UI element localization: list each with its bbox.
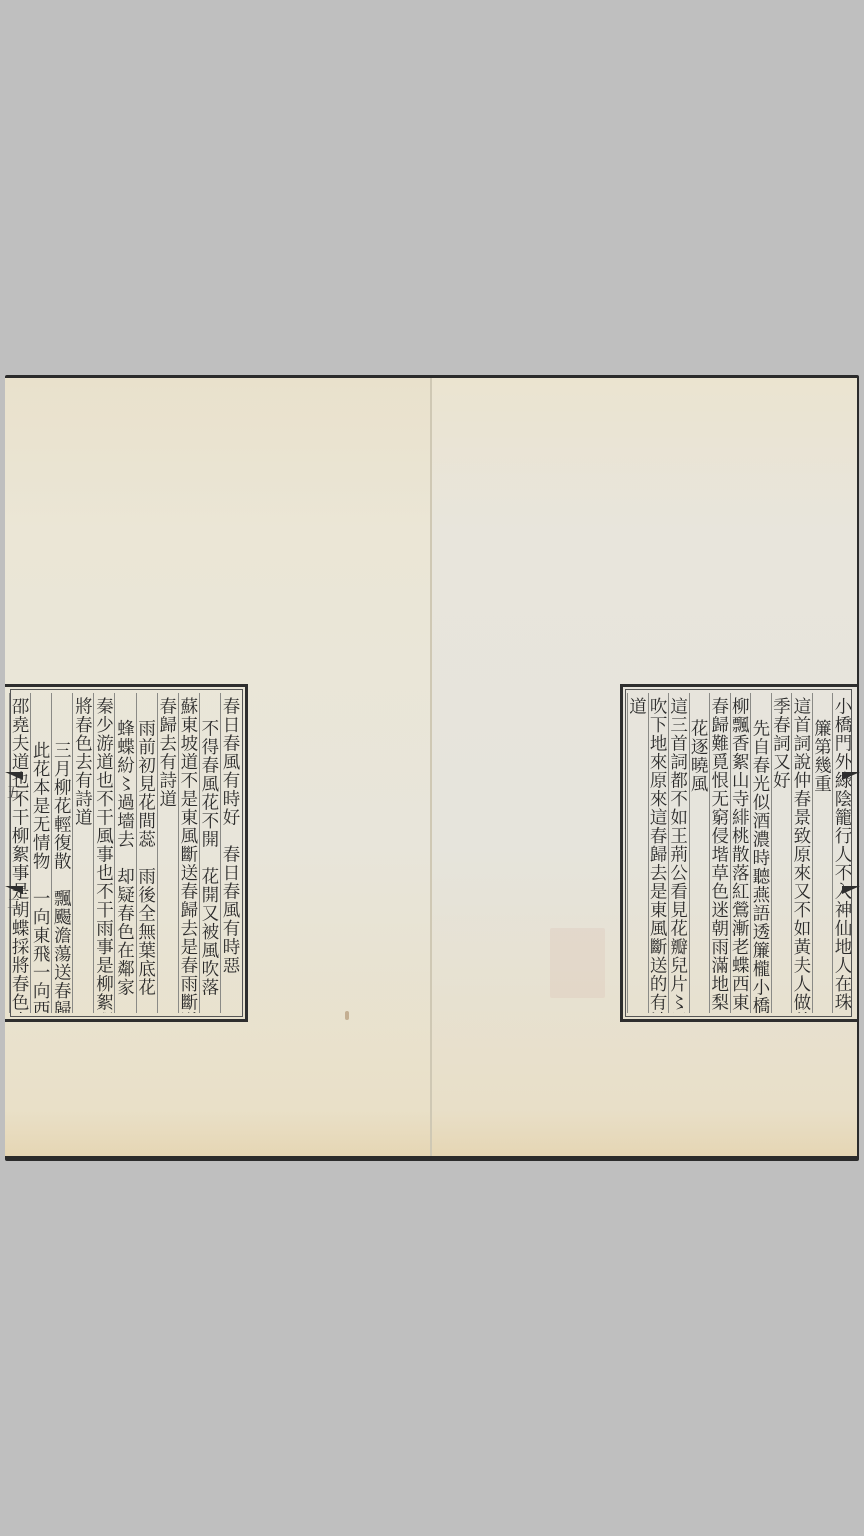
paper-stain bbox=[345, 1011, 349, 1020]
text-column: 柳飄香絮山寺緋桃散落紅鶯漸老蝶西東 bbox=[730, 693, 751, 1013]
text-column: 將春色去有詩道 bbox=[72, 693, 93, 1013]
text-column: 秦少游道也不干風事也不干雨事是柳絮飄 bbox=[93, 693, 114, 1013]
text-column: 雨前初見花間蕊 雨後全無葉底花 bbox=[136, 693, 157, 1013]
right-page: 小橋門外綠陰籠行人不入神仙地人在珠 簾第幾重 這首詞說仲春景致原來又不如黃夫人做… bbox=[432, 378, 857, 1156]
text-column: 蘇東坡道不是東風斷送春歸去是春雨斷送 bbox=[178, 693, 199, 1013]
faded-seal-stamp bbox=[550, 928, 605, 998]
text-column: 這三首詞都不如王荊公看見花瓣兒片〻風 bbox=[668, 693, 689, 1013]
book-spread: 春日春風有時好 春日春風有時惡 不得春風花不開 花開又被風吹落 蘇東坡道不是東風… bbox=[5, 375, 859, 1161]
text-column: 春歸去有詩道 bbox=[157, 693, 178, 1013]
right-text-block: 小橋門外綠陰籠行人不入神仙地人在珠 簾第幾重 這首詞說仲春景致原來又不如黃夫人做… bbox=[620, 684, 857, 1022]
left-page: 春日春風有時好 春日春風有時惡 不得春風花不開 花開又被風吹落 蘇東坡道不是東風… bbox=[5, 378, 430, 1156]
text-column: 不得春風花不開 花開又被風吹落 bbox=[199, 693, 220, 1013]
text-column: 春歸難覓恨无窮侵堦草色迷朝雨滿地梨 bbox=[709, 693, 730, 1013]
leaf-number: 五 bbox=[7, 782, 21, 802]
text-column: 此花本是无情物 一向東飛一向西 bbox=[30, 693, 51, 1013]
text-column: 三月柳花輕復散 飄颺澹蕩送春歸 bbox=[51, 693, 72, 1013]
text-column: 春日春風有時好 春日春風有時惡 bbox=[220, 693, 241, 1013]
text-column: 簾第幾重 bbox=[812, 693, 833, 1013]
text-column: 道 bbox=[627, 693, 648, 1013]
text-column: 吹下地來原來這春歸去是東風斷送的有詩 bbox=[648, 693, 669, 1013]
text-column: 季春詞又好 bbox=[771, 693, 792, 1013]
text-column: 邵堯夫道也不干柳絮事是胡蝶採將春色去 bbox=[9, 693, 30, 1013]
text-column: 這首詞說仲春景致原來又不如黃夫人做着 bbox=[791, 693, 812, 1013]
left-text-block: 春日春風有時好 春日春風有時惡 不得春風花不開 花開又被風吹落 蘇東坡道不是東風… bbox=[5, 684, 248, 1022]
text-column: 小橋門外綠陰籠行人不入神仙地人在珠 bbox=[832, 693, 853, 1013]
leaf-number: 二 bbox=[7, 894, 21, 914]
text-column: 蜂蝶紛〻過墻去 却疑春色在鄰家 bbox=[114, 693, 135, 1013]
text-column: 花逐曉風 bbox=[689, 693, 710, 1013]
text-column: 先自春光似酒濃時聽燕語透簾櫳小橋楊 bbox=[750, 693, 771, 1013]
